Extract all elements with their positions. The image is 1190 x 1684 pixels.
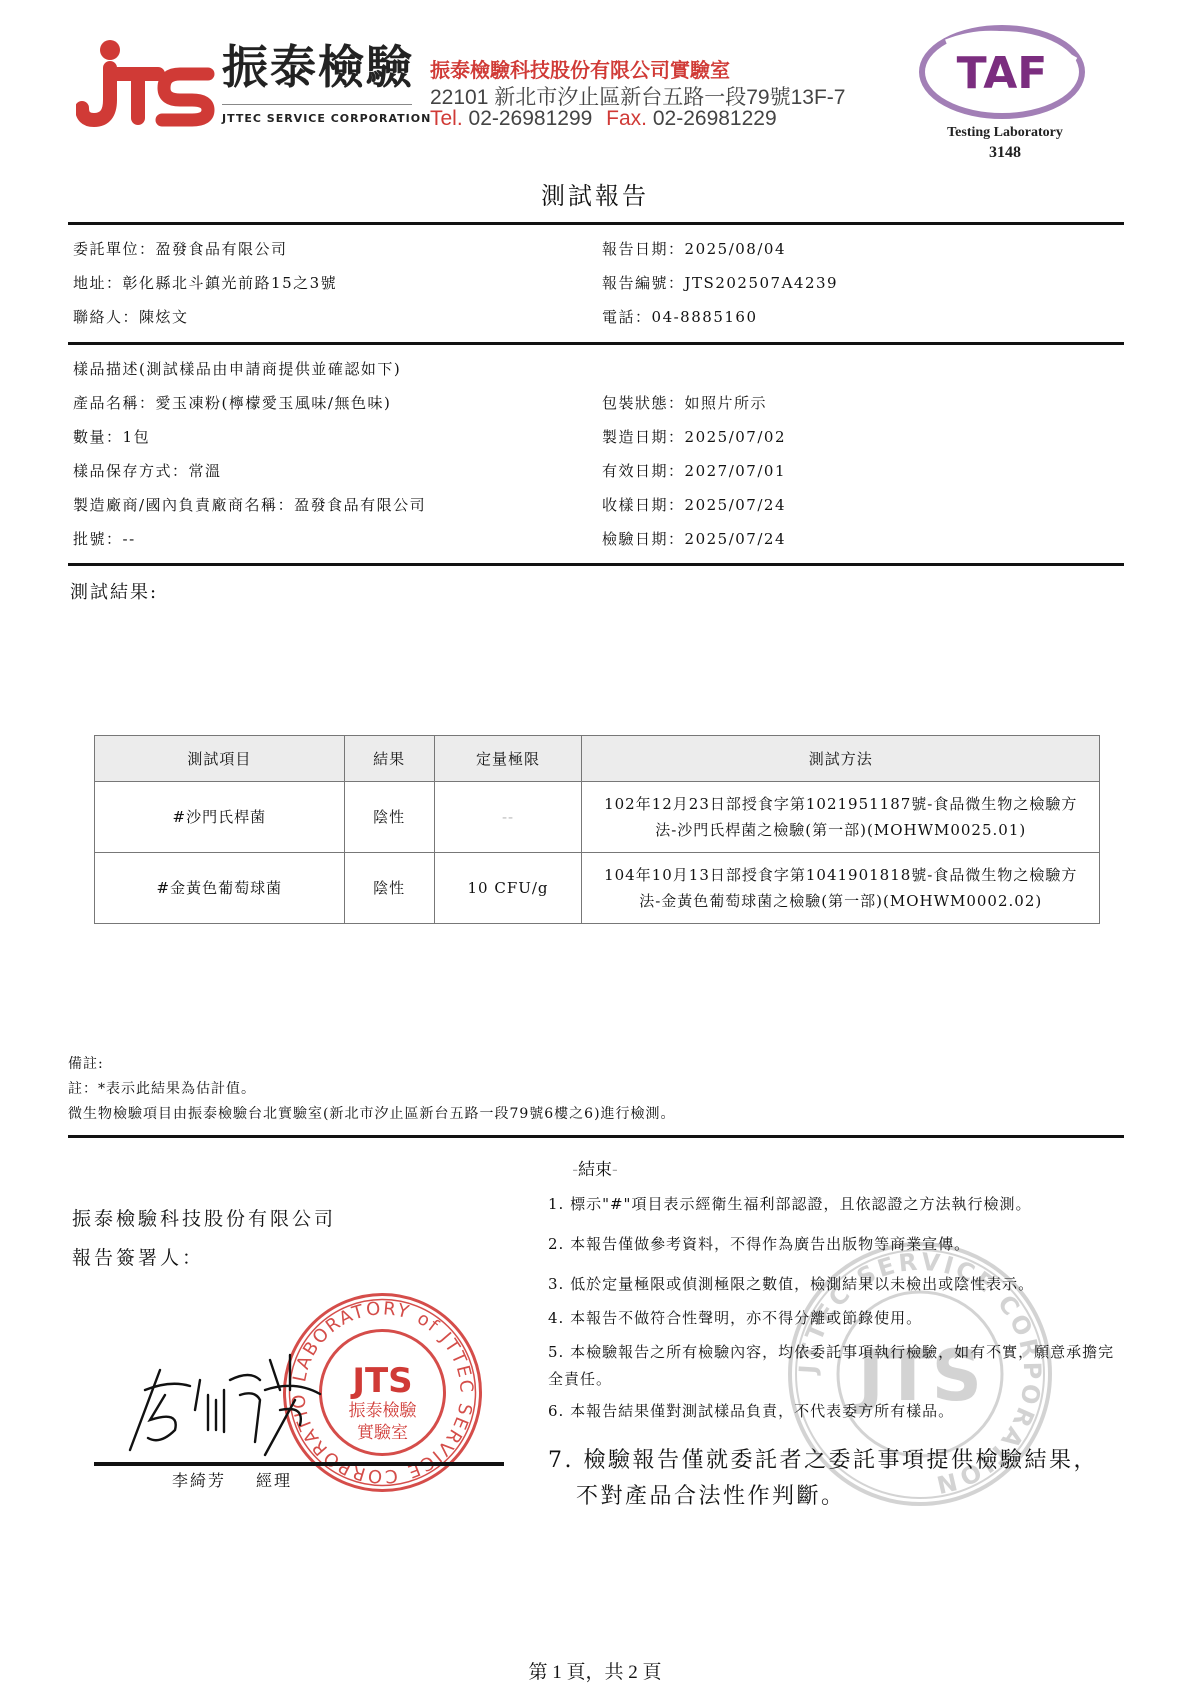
svg-text:振泰檢驗: 振泰檢驗 (349, 1400, 418, 1421)
remark-line: 微生物檢驗項目由振泰檢驗台北實驗室(新北市汐止區新台五路一段79號6樓之6)進行… (68, 1103, 676, 1123)
client-phone: 電話：04-8885160 (602, 306, 758, 327)
test-item: #沙門氏桿菌 (95, 782, 345, 853)
signer-name: 李綺芳 (172, 1468, 226, 1491)
svg-text:JTS: JTS (350, 1361, 412, 1401)
test-method: 102年12月23日部授食字第1021951187號-食品微生物之檢驗方 法-沙… (582, 782, 1100, 853)
divider (68, 342, 1124, 345)
report-number: 報告編號：JTS202507A4239 (602, 272, 838, 293)
svg-text:TAF: TAF (957, 48, 1048, 99)
sample-manufacturer: 製造廠商/國內負責廠商名稱：盈發食品有限公司 (73, 494, 426, 515)
column-header: 結果 (344, 736, 434, 782)
sample-test-date: 檢驗日期：2025/07/24 (602, 528, 786, 549)
note-item: 1. 標示"#"項目表示經衛生福利部認證，且依認證之方法執行檢測。 (548, 1191, 1118, 1218)
test-result: 陰性 (344, 853, 434, 924)
sample-mfg-date: 製造日期：2025/07/02 (602, 426, 786, 447)
note-item-emphasized: 7. 檢驗報告僅就委託者之委託事項提供檢驗結果， 不對產品合法性作判斷。 (548, 1443, 1128, 1515)
end-mark: -結束- (0, 1155, 1190, 1180)
signer-label: 報告簽署人： (72, 1243, 204, 1270)
report-date: 報告日期：2025/08/04 (602, 238, 786, 259)
note-item: 6. 本報告結果僅對測試樣品負責，不代表委方所有樣品。 (548, 1398, 1118, 1425)
table-row: #金黃色葡萄球菌 陰性 10 CFU/g 104年10月13日部授食字第1041… (95, 853, 1100, 924)
svg-text:實驗室: 實驗室 (357, 1423, 408, 1443)
document-title: 測試報告 (0, 176, 1190, 211)
company-name: 振泰檢驗科技股份有限公司實驗室 (430, 54, 730, 83)
company-contact: Tel. 02-26981299 Fax. 02-26981229 (430, 107, 777, 131)
client-unit: 委託單位：盈發食品有限公司 (73, 238, 288, 259)
test-result: 陰性 (344, 782, 434, 853)
tel-number: 02-26981299 (469, 107, 593, 130)
test-loq: -- (434, 782, 582, 853)
logo-chinese-name: 振泰檢驗 (222, 44, 414, 90)
sample-heading: 樣品描述(測試樣品由申請商提供並確認如下) (73, 358, 401, 379)
handwritten-signature-icon (120, 1350, 340, 1460)
signer-title: 經理 (256, 1468, 292, 1491)
signature-line (94, 1462, 504, 1466)
jts-logo-icon (76, 38, 216, 130)
test-loq: 10 CFU/g (434, 853, 582, 924)
sample-expiry-date: 有效日期：2027/07/01 (602, 460, 786, 481)
divider (68, 1135, 1124, 1138)
divider (68, 563, 1124, 566)
test-item: #金黃色葡萄球菌 (95, 853, 345, 924)
remarks-heading: 備註: (68, 1053, 104, 1073)
taf-logo-icon: TAF (916, 22, 1088, 122)
signing-company: 振泰檢驗科技股份有限公司 (72, 1204, 336, 1231)
column-header: 測試項目 (95, 736, 345, 782)
taf-number: 3148 (900, 144, 1110, 162)
sample-packaging: 包裝狀態：如照片所示 (602, 392, 767, 413)
client-address: 地址：彰化縣北斗鎮光前路15之3號 (73, 272, 337, 293)
note-item: 4. 本報告不做符合性聲明，亦不得分離或節錄使用。 (548, 1305, 1118, 1332)
fax-label: Fax. (606, 107, 647, 130)
sample-batch: 批號：-- (73, 528, 136, 549)
note-item: 3. 低於定量極限或偵測極限之數值，檢測結果以未檢出或陰性表示。 (548, 1271, 1118, 1298)
sample-product-name: 產品名稱：愛玉凍粉(檸檬愛玉風味/無色味) (73, 392, 391, 413)
sample-quantity: 數量：1包 (73, 426, 150, 447)
note-item: 5. 本檢驗報告之所有檢驗內容，均依委託事項執行檢驗，如有不實，願意承擔完全責任… (548, 1339, 1118, 1393)
column-header: 測試方法 (582, 736, 1100, 782)
fax-number: 02-26981229 (653, 107, 777, 130)
page-number: 第 1 頁，共 2 頁 (0, 1657, 1190, 1684)
sample-storage: 樣品保存方式：常溫 (73, 460, 222, 481)
tel-label: Tel. (430, 107, 463, 130)
table-header-row: 測試項目 結果 定量極限 測試方法 (95, 736, 1100, 782)
logo-english-name: JTTEC SERVICE CORPORATION (222, 112, 431, 125)
results-table: 測試項目 結果 定量極限 測試方法 #沙門氏桿菌 陰性 -- 102年12月23… (94, 735, 1100, 924)
test-method: 104年10月13日部授食字第1041901818號-食品微生物之檢驗方 法-金… (582, 853, 1100, 924)
divider (68, 222, 1124, 225)
remark-line: 註：*表示此結果為估計值。 (68, 1078, 256, 1098)
column-header: 定量極限 (434, 736, 582, 782)
table-row: #沙門氏桿菌 陰性 -- 102年12月23日部授食字第1021951187號-… (95, 782, 1100, 853)
sample-received-date: 收樣日期：2025/07/24 (602, 494, 786, 515)
client-contact: 聯絡人：陳炫文 (73, 306, 189, 327)
results-heading: 測試結果: (70, 578, 158, 604)
note-item: 2. 本報告僅做參考資料，不得作為廣告出版物等商業宣傳。 (548, 1231, 1118, 1258)
taf-label: Testing Laboratory (900, 125, 1110, 141)
logo-divider (222, 104, 412, 105)
